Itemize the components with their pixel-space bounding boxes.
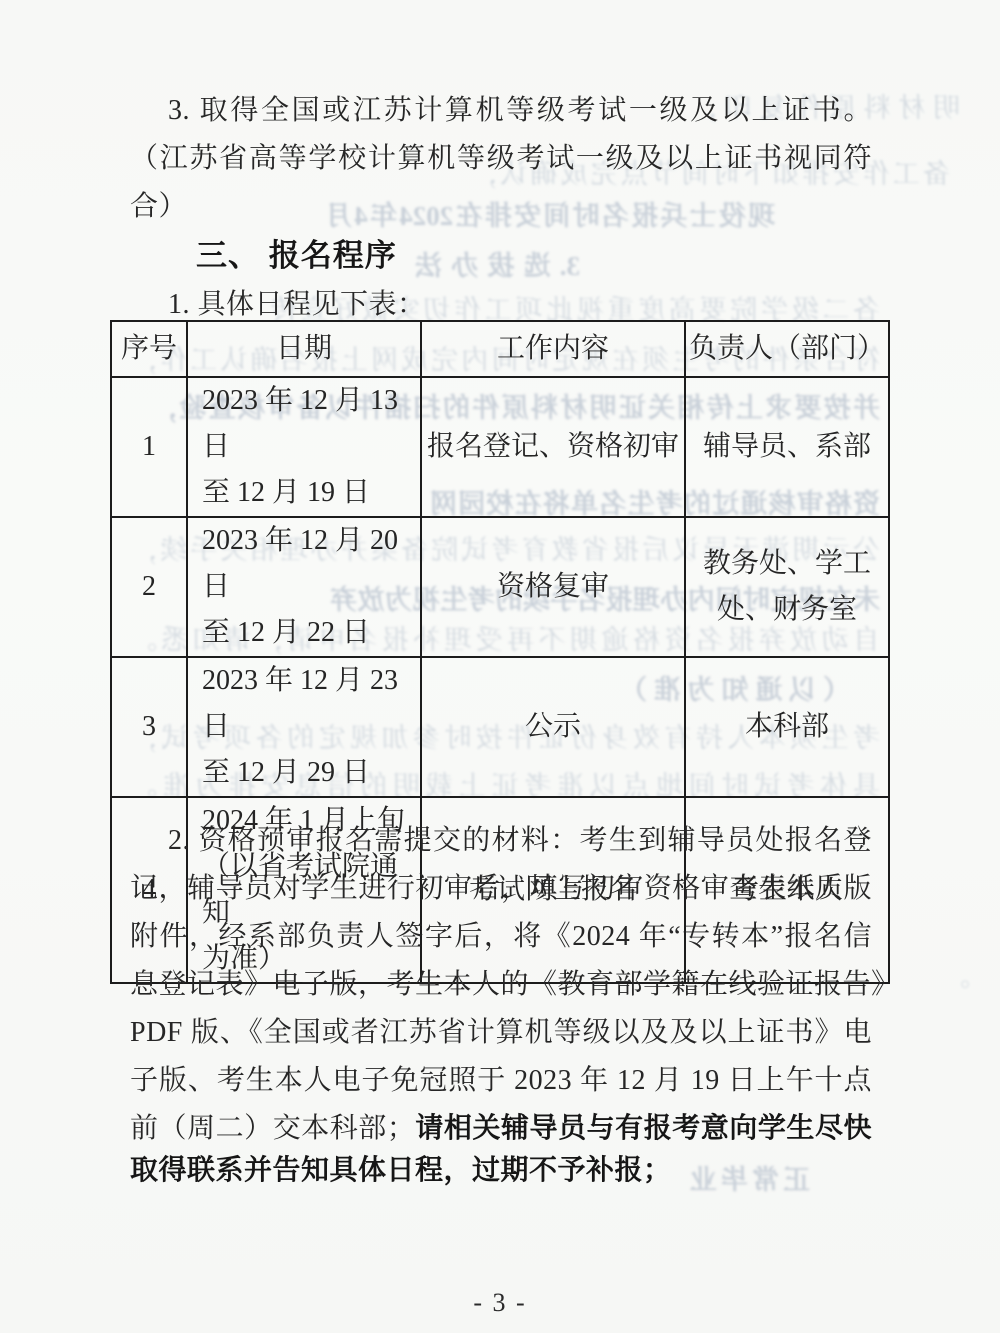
date-line: 2023 年 12 月 23 日 xyxy=(202,658,420,750)
table-row: 2 2023 年 12 月 20 日 至 12 月 22 日 资格复审 教务处、… xyxy=(111,517,889,657)
column-header-no: 序号 xyxy=(111,321,187,377)
date-line: 2023 年 12 月 20 日 xyxy=(202,518,420,610)
paragraph-segment: 前（周二）交本科部； xyxy=(130,1113,415,1144)
owner-line: 处、财务室 xyxy=(686,587,888,633)
paragraph-line: 2. 资格预审报名需提交的材料：考生到辅导员处报名登 xyxy=(130,820,872,862)
owner-cell: 辅导员、系部 xyxy=(685,377,889,517)
paragraph-line: 取得联系并告知具体日程，过期不予补报； xyxy=(130,1150,872,1192)
paragraph-line: PDF 版、《全国或者江苏省计算机等级以及及以上证书》电 xyxy=(130,1012,872,1054)
task-cell: 公示 xyxy=(421,657,685,797)
scanned-document-page: 明材料原件复印， 备工作安排如下时间节点完成确认， 现役士兵报名时间安排在202… xyxy=(0,0,1000,1333)
page-number: - 3 - xyxy=(0,1288,1000,1318)
paragraph-segment-bold: 请相关辅导员与有报考意向学生尽快 xyxy=(415,1113,872,1144)
intro-line: （江苏省高等学校计算机等级考试一级及以上证书视同符 xyxy=(130,138,872,180)
date-line: 至 12 月 29 日 xyxy=(202,750,420,796)
paragraph-line: 子版、考生本人电子免冠照于 2023 年 12 月 19 日上午十点 xyxy=(130,1060,872,1102)
column-header-task: 工作内容 xyxy=(421,321,685,377)
table-row: 1 2023 年 12 月 13 日 至 12 月 19 日 报名登记、资格初审… xyxy=(111,377,889,517)
row-number: 1 xyxy=(111,377,187,517)
table-header-row: 序号 日期 工作内容 负责人（部门） xyxy=(111,321,889,377)
date-line: 至 12 月 22 日 xyxy=(202,610,420,656)
task-cell: 报名登记、资格初审 xyxy=(421,377,685,517)
column-header-date: 日期 xyxy=(187,321,421,377)
date-cell: 2023 年 12 月 20 日 至 12 月 22 日 xyxy=(187,517,421,657)
column-header-owner: 负责人（部门） xyxy=(685,321,889,377)
owner-cell: 教务处、学工 处、财务室 xyxy=(685,517,889,657)
bleedthrough-text: 。 xyxy=(930,955,970,994)
owner-line: 教务处、学工 xyxy=(686,541,888,587)
owner-cell: 本科部 xyxy=(685,657,889,797)
date-cell: 2023 年 12 月 23 日 至 12 月 29 日 xyxy=(187,657,421,797)
paragraph-line: 息登记表》电子版，考生本人的《教育部学籍在线验证报告》 xyxy=(130,964,872,1006)
intro-line: 合） xyxy=(130,186,872,228)
task-cell: 资格复审 xyxy=(421,517,685,657)
intro-line: 3. 取得全国或江苏计算机等级考试一级及以上证书。 xyxy=(130,90,872,132)
paragraph-line: 记，辅导员对学生进行初审后，填写初审资格审查表纸质版 xyxy=(130,868,872,910)
paragraph-line: 前（周二）交本科部；请相关辅导员与有报考意向学生尽快 xyxy=(130,1108,872,1150)
table-row: 3 2023 年 12 月 23 日 至 12 月 29 日 公示 本科部 xyxy=(111,657,889,797)
date-line: 至 12 月 19 日 xyxy=(202,470,420,516)
date-line: 2023 年 12 月 13 日 xyxy=(202,378,420,470)
paragraph-line: 附件，经系部负责人签字后，将《2024 年“专转本”报名信 xyxy=(130,916,872,958)
bleedthrough-text: 3.选拔办法 xyxy=(415,244,580,283)
section-heading: 三、 报名程序 xyxy=(130,230,397,275)
date-cell: 2023 年 12 月 13 日 至 12 月 19 日 xyxy=(187,377,421,517)
row-number: 3 xyxy=(111,657,187,797)
row-number: 2 xyxy=(111,517,187,657)
